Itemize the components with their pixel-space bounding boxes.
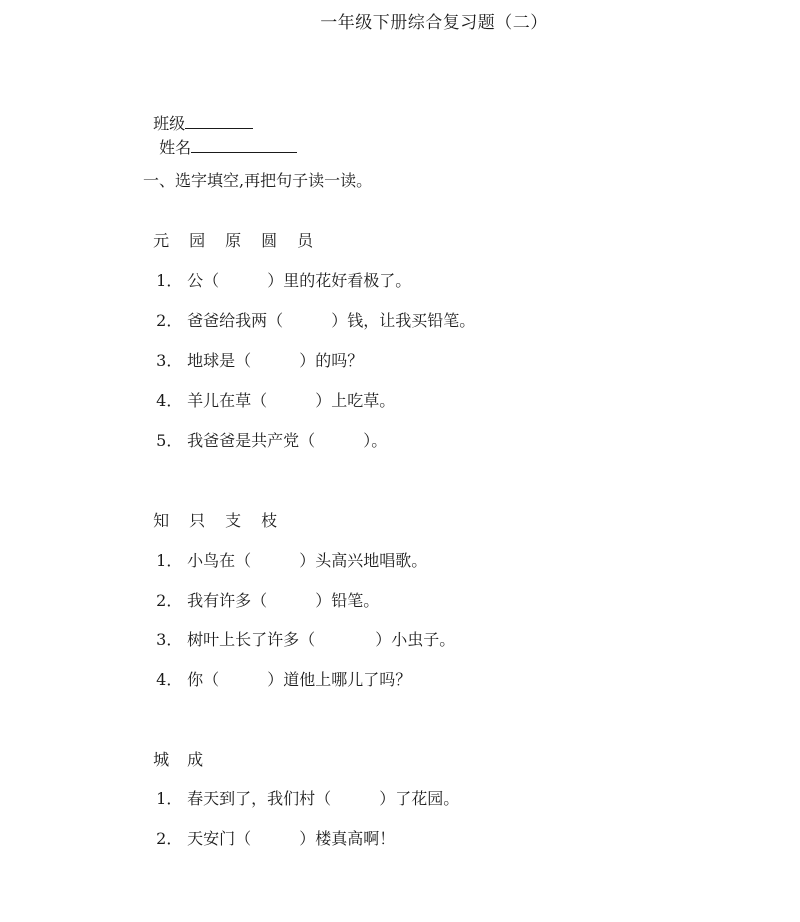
- question-row: 5．我爸爸是共产党（）。: [143, 408, 387, 452]
- choice-row-1: 元园原圆员: [143, 208, 313, 252]
- question-number: 4．: [153, 669, 187, 691]
- question-text-after: ）楼真高啊！: [299, 829, 395, 848]
- question-row: 1．公（）里的花好看极了。: [143, 248, 411, 292]
- section-heading: 一、选字填空,再把句子读一读。: [143, 170, 372, 192]
- class-label: 班级: [153, 114, 185, 133]
- question-row: 1．小鸟在（）头高兴地唱歌。: [143, 528, 427, 572]
- page-title: 一年级下册综合复习题（二）: [0, 8, 800, 33]
- question-row: 3．地球是（）的吗？: [143, 328, 363, 372]
- question-row: 2．天安门（）楼真高啊！: [143, 806, 395, 850]
- choice-row-3: 城成: [143, 727, 203, 771]
- question-text-before: 你（: [187, 670, 219, 689]
- class-blank[interactable]: [185, 111, 253, 129]
- question-number: 2．: [153, 828, 187, 850]
- question-row: 2．爸爸给我两（）钱，让我买铅笔。: [143, 288, 475, 332]
- question-row: 4．羊儿在草（）上吃草。: [143, 368, 395, 412]
- question-row: 3．树叶上长了许多（）小虫子。: [143, 607, 455, 651]
- question-text-before: 我爸爸是共产党（: [187, 431, 315, 450]
- question-text-after: ）。: [363, 431, 387, 450]
- question-text-after: ）道他上哪儿了吗？: [267, 670, 411, 689]
- name-blank[interactable]: [191, 135, 297, 153]
- question-text-before: 天安门（: [187, 829, 251, 848]
- question-row: 2．我有许多（）铅笔。: [143, 568, 379, 612]
- choice-row-2: 知只支枝: [143, 488, 277, 532]
- question-number: 5．: [153, 430, 187, 452]
- name-label: 姓名: [159, 138, 191, 157]
- question-row: 1．春天到了，我们村（）了花园。: [143, 766, 459, 810]
- question-row: 4．你（）道他上哪儿了吗？: [143, 647, 411, 691]
- student-info-row: 班级 姓名: [143, 89, 297, 159]
